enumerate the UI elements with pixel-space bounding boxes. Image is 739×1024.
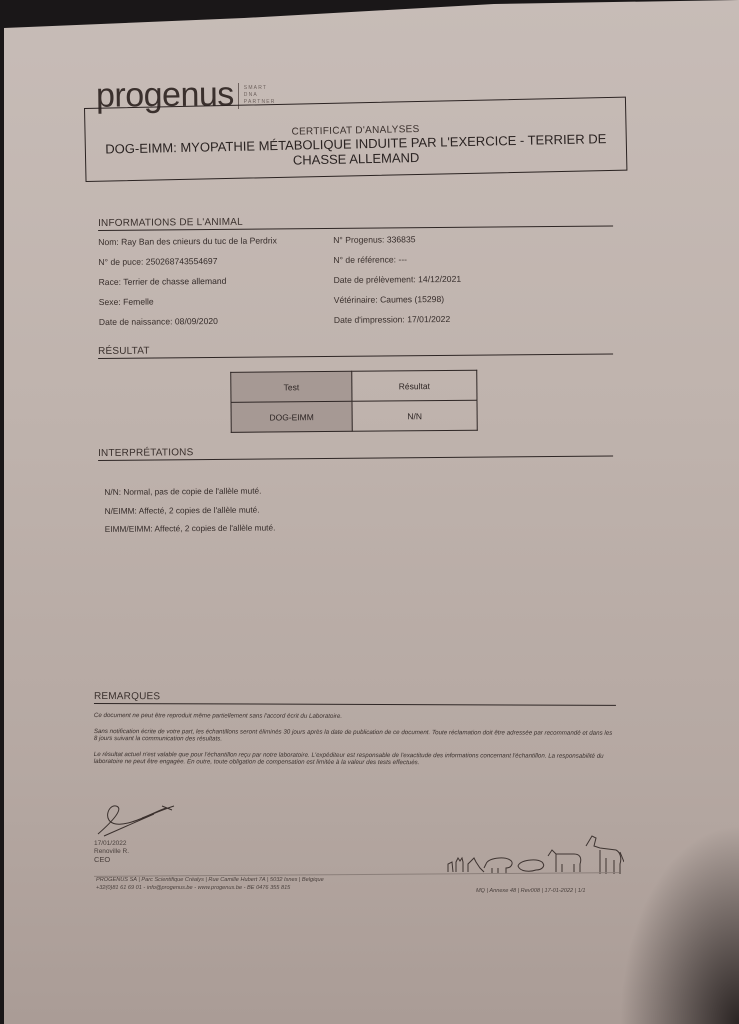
column-header-result: Résultat <box>352 370 477 401</box>
info-sampling-date: Date de prélèvement: 14/12/2021 <box>334 273 569 295</box>
info-name: Nom: Ray Ban des cnieurs du tuc de la Pe… <box>98 235 333 257</box>
interpretations-section: INTERPRÉTATIONS N/N: Normal, pas de copi… <box>98 444 614 543</box>
info-birthdate: Date de naissance: 08/09/2020 <box>99 315 334 337</box>
remarks-body: Ce document ne peut être reproduit même … <box>94 712 616 768</box>
animal-info-section: INFORMATIONS DE L'ANIMAL Nom: Ray Ban de… <box>98 214 614 337</box>
remark-paragraph: Sans notification écrite de votre part, … <box>94 728 616 745</box>
photo-shadow <box>619 824 739 1024</box>
cell-result: N/N <box>352 400 477 431</box>
company-footer: PROGENUS SA | Parc Scientifique Créalys … <box>96 877 324 892</box>
info-progenus-number: N° Progenus: 336835 <box>333 233 568 255</box>
signature-date: 17/01/2022 <box>94 840 129 848</box>
remark-paragraph: Ce document ne peut être reproduit même … <box>94 712 616 721</box>
signature-scribble <box>94 800 184 840</box>
remarks-section: REMARQUES Ce document ne peut être repro… <box>94 691 616 776</box>
info-breed: Race: Terrier de chasse allemand <box>99 275 334 297</box>
result-section: RÉSULTAT Test Résultat DOG-EIMM N/N <box>98 342 614 434</box>
result-table: Test Résultat DOG-EIMM N/N <box>230 370 478 433</box>
document-reference: MQ | Annexe 48 | Rev008 | 17-01-2022 | 1… <box>476 888 585 894</box>
result-table-header: Test Résultat <box>231 370 477 402</box>
tagline-line-1: SMART <box>244 85 267 91</box>
signature-role: CEO <box>94 856 129 864</box>
interpretations-heading: INTERPRÉTATIONS <box>98 444 613 461</box>
info-chip: N° de puce: 250268743554697 <box>98 255 333 277</box>
certificate-title-box: CERTIFICAT D'ANALYSES DOG-EIMM: MYOPATHI… <box>84 97 627 182</box>
animal-info-heading: INFORMATIONS DE L'ANIMAL <box>98 214 613 231</box>
remarks-heading: REMARQUES <box>94 691 616 706</box>
info-reference-number: N° de référence: --- <box>333 253 568 275</box>
animal-info-left: Nom: Ray Ban des cnieurs du tuc de la Pe… <box>98 235 334 337</box>
company-contact: +32(0)81 61 69 01 - info@progenus.be - w… <box>96 885 324 893</box>
table-row: DOG-EIMM N/N <box>231 400 477 432</box>
cell-test: DOG-EIMM <box>231 401 352 432</box>
result-heading: RÉSULTAT <box>98 342 613 359</box>
certificate-page: progenus SMART DNA PARTNER CERTIFICAT D'… <box>4 0 739 1024</box>
company-address: PROGENUS SA | Parc Scientifique Créalys … <box>96 877 324 885</box>
signature-block: 17/01/2022 Renoville R. CEO <box>94 840 129 864</box>
info-sex: Sexe: Femelle <box>99 295 334 317</box>
column-header-test: Test <box>231 371 352 402</box>
info-veterinarian: Vétérinaire: Caumes (15298) <box>334 293 569 315</box>
logo-tagline: SMART DNA PARTNER <box>244 85 276 106</box>
remark-paragraph: Le résultat actuel n'est valable que pou… <box>94 751 616 768</box>
info-print-date: Date d'impression: 17/01/2022 <box>334 313 569 335</box>
tagline-line-2: DNA <box>244 92 258 98</box>
animal-info-right: N° Progenus: 336835 N° de référence: ---… <box>333 233 569 335</box>
list-item: EIMM/EIMM: Affecté, 2 copies de l'allèle… <box>105 520 614 543</box>
animal-silhouettes-icon <box>444 828 624 876</box>
interpretations-list: N/N: Normal, pas de copie de l'allèle mu… <box>104 483 613 543</box>
